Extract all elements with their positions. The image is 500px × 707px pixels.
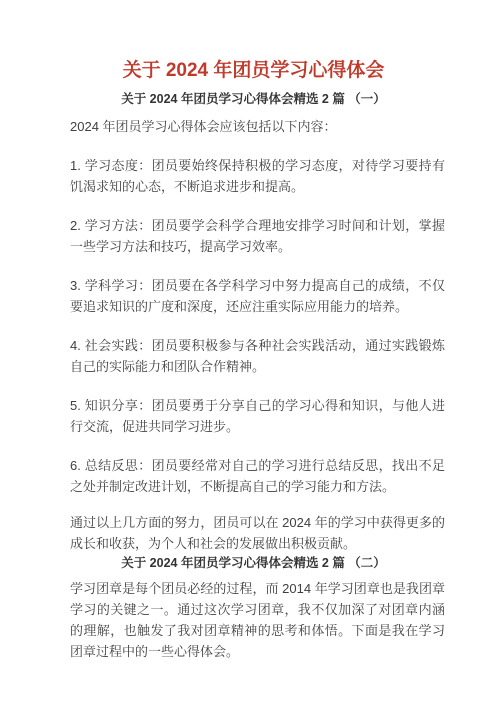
list-item-1: 1. 学习态度：团员要始终保持积极的学习态度，对待学习要持有饥渴求知的心态，不断… [70, 155, 445, 197]
section-2-body-paragraph: 学习团章是每个团员必经的过程，而 2014 年学习团章也是我团章学习的关键之一。… [70, 578, 445, 662]
section-1-intro-paragraph: 2024 年团员学习心得体会应该包括以下内容： [70, 116, 445, 137]
section-2-heading: 关于 2024 年团员学习心得体会精选 2 篇 （二） [62, 555, 445, 572]
list-item-4: 4. 社会实践：团员要积极参与各种社会实践活动，通过实践锻炼自己的实际能力和团队… [70, 335, 445, 377]
page-title: 关于 2024 年团员学习心得体会 [62, 57, 445, 84]
section-1-closing-paragraph: 通过以上几方面的努力，团员可以在 2024 年的学习中获得更多的成长和收获，为个… [70, 512, 445, 554]
list-item-3: 3. 学科学习：团员要在各学科学习中努力提高自己的成绩，不仅要追求知识的广度和深… [70, 275, 445, 317]
section-1-heading: 关于 2024 年团员学习心得体会精选 2 篇 （一） [62, 91, 445, 108]
document-page: 关于 2024 年团员学习心得体会 关于 2024 年团员学习心得体会精选 2 … [0, 0, 500, 707]
list-item-5: 5. 知识分享：团员要勇于分享自己的学习心得和知识，与他人进行交流，促进共同学习… [70, 395, 445, 437]
list-item-6: 6. 总结反思：团员要经常对自己的学习进行总结反思，找出不足之处并制定改进计划，… [70, 455, 445, 497]
list-item-2: 2. 学习方法：团员要学会科学合理地安排学习时间和计划，掌握一些学习方法和技巧，… [70, 215, 445, 257]
